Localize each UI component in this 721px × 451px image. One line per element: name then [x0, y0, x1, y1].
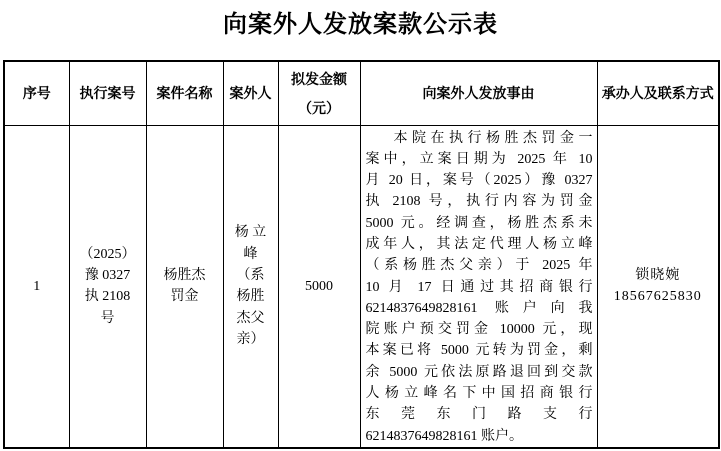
cell-amount: 5000	[278, 125, 360, 448]
text-line: 6214837649828161 账户向我	[366, 298, 593, 319]
text-line: 本院在执行杨胜杰罚金一	[366, 128, 593, 149]
text-line: 余 5000 元依法原路退回到交款	[366, 362, 593, 383]
text-line: 杨胜杰	[149, 265, 221, 286]
text-line: 月 20 日，案号（2025）豫 0327	[366, 170, 593, 191]
table-row: 1 （2025）豫 0327执 2108号 杨胜杰罚金 杨 立峰（系杨胜杰父亲）…	[4, 125, 719, 448]
text-line: 本案已将 5000 元转为罚金，剩	[366, 340, 593, 361]
text-line: 人杨立峰名下中国招商银行	[366, 383, 593, 404]
text-line: （2025）	[72, 244, 144, 265]
text-line: 执 2108 号，执行内容为罚金	[366, 191, 593, 212]
col-header-handler: 承办人及联系方式	[597, 61, 719, 125]
col-header-case-name: 案件名称	[146, 61, 223, 125]
page-title: 向案外人发放案款公示表	[0, 4, 721, 39]
text-line: 豫 0327	[72, 265, 144, 286]
text-line: 号	[72, 308, 144, 329]
text-line: 18567625830	[600, 286, 717, 307]
text-line: （系	[226, 265, 276, 286]
cell-outsider: 杨 立峰（系杨胜杰父亲）	[223, 125, 278, 448]
text-line: 东莞东门路支行	[366, 404, 593, 425]
cell-case-number: （2025）豫 0327执 2108号	[69, 125, 146, 448]
cell-case-name: 杨胜杰罚金	[146, 125, 223, 448]
document-page: 向案外人发放案款公示表 序号 执行案号 案件名称 案外人 拟发金额 （元） 向案…	[0, 0, 721, 451]
cell-reason: 本院在执行杨胜杰罚金一案中，立案日期为 2025 年 10月 20 日，案号（2…	[360, 125, 597, 448]
cell-handler: 锁晓婉18567625830	[597, 125, 719, 448]
text-line: 锁晓婉	[600, 265, 717, 286]
col-header-seq: 序号	[4, 61, 69, 125]
text-line: 杰父	[226, 308, 276, 329]
text-line: 6214837649828161 账户。	[366, 426, 593, 447]
col-header-reason: 向案外人发放事由	[360, 61, 597, 125]
col-header-outsider: 案外人	[223, 61, 278, 125]
text-line: 杨胜	[226, 286, 276, 307]
header-row: 序号 执行案号 案件名称 案外人 拟发金额 （元） 向案外人发放事由 承办人及联…	[4, 61, 719, 125]
text-line: 杨 立	[226, 222, 276, 243]
text-line: 成年人，其法定代理人杨立峰	[366, 234, 593, 255]
cell-seq: 1	[4, 125, 69, 448]
text-line: 案中，立案日期为 2025 年 10	[366, 149, 593, 170]
text-line: 亲）	[226, 329, 276, 350]
amount-header-line1: 拟发金额	[281, 69, 358, 89]
text-line: 10 月 17 日通过其招商银行	[366, 277, 593, 298]
text-line: 院账户预交罚金 10000 元，现	[366, 319, 593, 340]
text-line: 罚金	[149, 286, 221, 307]
case-funds-notice-table: 序号 执行案号 案件名称 案外人 拟发金额 （元） 向案外人发放事由 承办人及联…	[3, 60, 720, 449]
col-header-amount: 拟发金额 （元）	[278, 61, 360, 125]
text-line: （系杨胜杰父亲）于 2025 年	[366, 255, 593, 276]
text-line: 峰	[226, 244, 276, 265]
text-line: 执 2108	[72, 286, 144, 307]
amount-header-line2: （元）	[281, 98, 358, 118]
col-header-case-number: 执行案号	[69, 61, 146, 125]
text-line: 5000 元。经调查，杨胜杰系未	[366, 213, 593, 234]
